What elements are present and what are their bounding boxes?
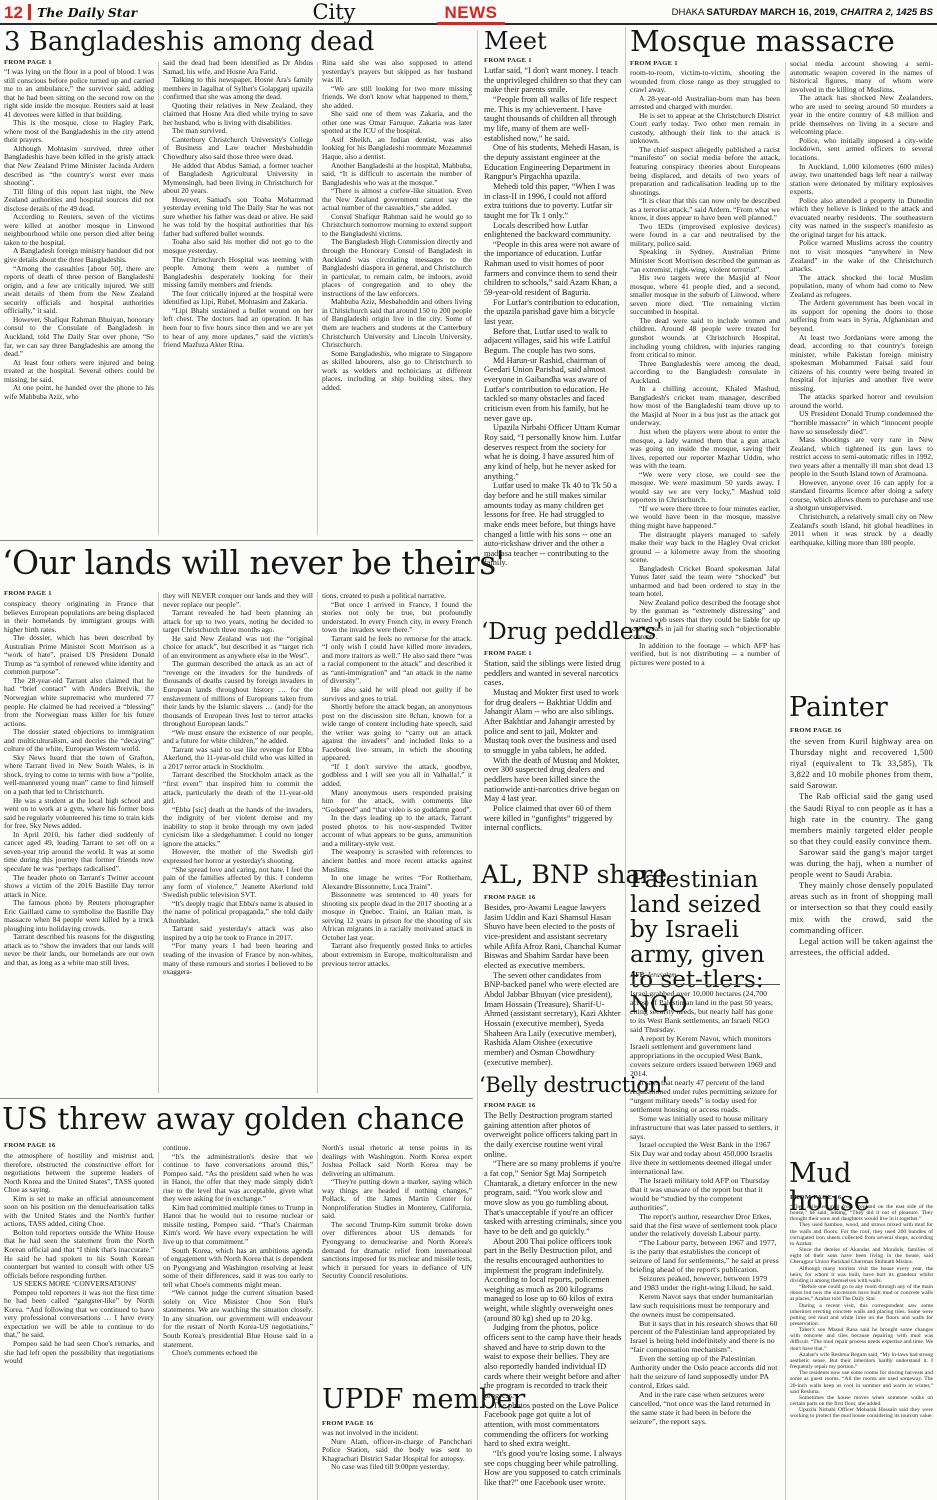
paragraph: Rina said she was also supposed to atten… [322, 59, 472, 85]
paragraph: The attack has shocked New Zealanders, w… [790, 94, 933, 137]
paragraph: The photos posted on the Love Police Fac… [484, 1401, 622, 1449]
paragraph: Tarrant described the Stockholm attack a… [163, 771, 313, 805]
paragraph: The four critically injured at the hospi… [163, 290, 313, 307]
paragraph: “If we were there three to four minutes … [630, 505, 780, 531]
paragraph: Israel grabbed over 10,000 hectares (24,… [630, 990, 780, 1035]
headline-meet: Meet [484, 29, 547, 54]
paragraph: Pompeo said he had seen Choe's remarks, … [4, 1340, 154, 1366]
paragraph: The Belly Destruction program started ga… [484, 1111, 622, 1159]
paragraph: conspiracy theory originating in France … [4, 600, 154, 634]
section-rule [0, 540, 473, 541]
paragraph: Toaha also said his mother did not go to… [163, 238, 313, 255]
paragraph: The second Trump-Kim summit broke down o… [322, 1221, 472, 1281]
article-column: room-to-room, victim-to-victim, shooting… [630, 69, 780, 853]
paragraph: At one point, he handed over the phone t… [4, 384, 154, 401]
paragraph: The famous photo by Reuters photographer… [4, 899, 154, 933]
paragraph: But it says that in his research shows t… [630, 1320, 780, 1356]
paragraph: The Israeli military told AFP on Thursda… [630, 1177, 780, 1213]
column-divider [477, 30, 478, 1500]
paragraph: The weaponry is scrawled with references… [322, 848, 472, 874]
paragraph: “She spread love and caring, not hate. I… [163, 866, 313, 900]
paragraph: Kerem Navot says that under humanitarian… [630, 1293, 780, 1320]
paragraph: A 28-year-old Australian-born man has be… [630, 95, 780, 112]
paragraph: “People in this area were not aware of t… [484, 240, 622, 298]
paragraph: Christchurch, a relatively small city on… [790, 513, 933, 547]
paragraph: However, the mother of the Swedish girl … [163, 848, 313, 865]
paragraph: “Ebba [sic] death at the hands of the in… [163, 806, 313, 849]
paragraph: Nure Alam, officer-in-charge of Panchcha… [322, 1438, 472, 1464]
paragraph: Mass shootings are very rare in New Zeal… [790, 436, 933, 479]
paragraph: Tarrant also frequently posted links to … [322, 942, 472, 968]
column-divider [317, 1152, 318, 1500]
paragraph: He said New Zealand was not the “origina… [163, 635, 313, 661]
paragraph: They mainly chose densely populated area… [790, 880, 933, 935]
paragraph: Another Bangladeshi at the hospital, Mah… [322, 162, 472, 188]
dateline-date: SATURDAY MARCH 16, 2019, [706, 7, 840, 18]
paragraph: South Korea, which has an ambitious agen… [163, 1247, 313, 1290]
kicker-painter: FROM PAGE 16 [790, 727, 841, 734]
paragraph: And in the rare case when seizures were … [630, 1391, 780, 1427]
paragraph: Sometimes the house moves when someone w… [790, 1395, 933, 1407]
paragraph: Asif Sheikh, an Indian dentist, was also… [322, 136, 472, 162]
paragraph: Although Mohtasim survived, three other … [4, 145, 154, 188]
paragraph: New Zealand police described the footage… [630, 599, 780, 642]
paragraph: “For many years I had been hearing and r… [163, 942, 313, 976]
column-divider [625, 27, 626, 1500]
kicker-mosque-massacre: FROM PAGE 1 [630, 60, 678, 67]
paragraph: Speaking in Sydney, Australian Prime Min… [630, 248, 780, 274]
paragraph: Israel occupied the West Bank in the 196… [630, 1141, 780, 1177]
article-column: North's usual rhetoric at tense points i… [322, 1144, 472, 1382]
kicker-meet: FROM PAGE 1 [484, 57, 532, 64]
paragraph: Legal action will be taken against the a… [790, 936, 933, 958]
paragraph: “There are so many problems if you're a … [484, 1159, 622, 1236]
paragraph: At least two Jordanians were among the d… [790, 334, 933, 394]
paragraph: Kim is set to make an official announcem… [4, 1195, 154, 1229]
paragraph: Till filing of this report last night, t… [4, 188, 154, 214]
paragraph: The Christchurch Hospital was teeming wi… [163, 256, 313, 290]
masthead-logo: The Daily Star [37, 5, 137, 20]
paragraph: Upazila Nirbahi Officer Uttam Kumar Roy … [484, 423, 622, 481]
paragraph: Tarrant said yesterday's attack was also… [163, 925, 313, 942]
paragraph: However, anyone over 16 can apply for a … [790, 479, 933, 513]
paragraph: The header photo on Tarrant's Twitter ac… [4, 874, 154, 900]
paragraph: Quoting their relatives in New Zealand, … [163, 102, 313, 128]
kicker-al-bnp: FROM PAGE 16 [484, 894, 535, 901]
paragraph: Since the demise of Akandas and Mondols,… [790, 1247, 933, 1265]
paragraph: Choe's comments echoed the [163, 1349, 313, 1358]
paragraph: Seizures peaked, however, between 1979 a… [630, 1275, 780, 1293]
kicker-bangladeshis: FROM PAGE 1 [4, 59, 52, 66]
paragraph: Taher's son Masud Rana said he brought s… [790, 1327, 933, 1352]
paragraph: said the dead had been identified as Dr … [163, 59, 313, 76]
paragraph: The dead were said to include women and … [630, 317, 780, 360]
paragraph: About 200 Thai police officers took part… [484, 1237, 622, 1324]
paragraph: Besides, pro-Awami League lawyers Jasim … [484, 903, 622, 971]
article-column: said the dead had been identified as Dr … [163, 59, 313, 535]
dateline-city: DHAKA [672, 7, 707, 18]
paragraph: “Before one could go to any room through… [790, 1284, 933, 1302]
paragraph: The Bangladesh High Commission directly … [322, 238, 472, 298]
paragraph: His two targets were the Masjid al Noor … [630, 274, 780, 317]
section-rule [0, 1098, 473, 1099]
paragraph: It says that nearly 47 percent of the la… [630, 1079, 780, 1115]
headline-bangladeshis: 3 Bangladeshis among dead [4, 29, 374, 56]
article-column: the seven from Kuril highway area on Thu… [790, 736, 933, 1160]
kicker-belly: FROM PAGE 16 [484, 1102, 535, 1109]
headline-us-chance: US threw away golden chance [2, 1104, 465, 1136]
paragraph: The residents now use some rooms for sto… [790, 1370, 933, 1395]
paragraph: “It's deeply tragic that Ebba's name is … [163, 900, 313, 926]
kicker-drug-peddlers: FROM PAGE 1 [484, 650, 532, 657]
section-label-news: NEWS [437, 3, 505, 23]
news-underline [437, 22, 505, 25]
article-column: “They collected mud from cropland on the… [790, 1204, 933, 1500]
paragraph: The Ardern government has been vocal in … [790, 299, 933, 333]
column-divider [158, 1152, 159, 1500]
paragraph: “We must ensure the existence of our peo… [163, 729, 313, 746]
paragraph: “People from all walks of life respect m… [484, 95, 622, 143]
paragraph: Police claimed that over 60 of them were… [484, 804, 622, 833]
paragraph: room-to-room, victim-to-victim, shooting… [630, 69, 780, 95]
paragraph: Lutfar used to make Tk 40 to Tk 50 a day… [484, 481, 622, 568]
newspaper-page: { "page": { "number": "12", "masthead": … [0, 0, 937, 1500]
paragraph: At least four others were injured and be… [4, 359, 154, 385]
paragraph: Bangladesh Cricket Board spokesman Jalal… [630, 565, 780, 599]
headline-painter: Painter [789, 694, 888, 722]
paragraph: The distraught players managed to safely… [630, 531, 780, 565]
paragraph: In one image he writes “For Rotherham, A… [322, 874, 472, 891]
paragraph: Tarrant revealed he had been planning an… [163, 609, 313, 635]
paragraph: Locals described how Lutfar enlightened … [484, 221, 622, 240]
paragraph: Judging from the photos, police officers… [484, 1323, 622, 1400]
column-divider [158, 592, 159, 1093]
article-column: Israel grabbed over 10,000 hectares (24,… [630, 990, 780, 1500]
byline-rule [630, 984, 780, 985]
paragraph: Some Bangladeshis, who migrate to Singap… [322, 350, 472, 393]
paragraph: “But once I arrived in France, I found t… [322, 601, 472, 635]
paragraph: Station, said the siblings were listed d… [484, 659, 622, 688]
article-column: The Belly Destruction program started ga… [484, 1111, 622, 1500]
paragraph: they will NEVER conquer our lands and th… [163, 592, 313, 609]
paragraph: social media account showing a semi-auto… [790, 60, 933, 94]
paragraph: Three Bangladeshis were among the dead, … [630, 360, 780, 386]
paragraph: Upazila Nirbahi Officer Mobarak Hossain … [790, 1407, 933, 1419]
article-column: the atmosphere of hostility and mistrust… [4, 1152, 154, 1500]
paragraph: Kim had committed multiple times to Trum… [163, 1204, 313, 1247]
paragraph: They used bamboo, wood, and straws mixed… [790, 1222, 933, 1247]
paragraph: the atmosphere of hostility and mistrust… [4, 1152, 154, 1195]
paragraph: Even the setting up of the Palestinian A… [630, 1355, 780, 1391]
column-divider [317, 62, 318, 535]
paragraph: However, Shafiqur Rahman Bhuiyan, honora… [4, 316, 154, 359]
article-column: they will NEVER conquer our lands and th… [163, 592, 313, 1093]
paragraph: “It's the administration's desire that w… [163, 1153, 313, 1204]
article-column: was not involved in the incident.Nure Al… [322, 1429, 472, 1500]
paragraph: “They're putting down a marker, saying w… [322, 1178, 472, 1221]
paragraph: “There is almost a curfew-like situation… [322, 187, 472, 213]
paragraph: “They collected mud from cropland on the… [790, 1204, 933, 1222]
paragraph: Lutfar said, “I don't want money. I teac… [484, 66, 622, 95]
paragraph: Police also attended a property in Duned… [790, 197, 933, 240]
column-divider [785, 62, 786, 1500]
paragraph: Shortly before the attack began, an anon… [322, 703, 472, 763]
headline-our-lands: ‘Our lands will never be theirs' [2, 546, 504, 581]
paragraph: “Among the casualties [about 50], there … [4, 265, 154, 316]
section-label-city: City [295, 0, 373, 24]
paragraph: During a recent visit, this corresponden… [790, 1303, 933, 1328]
paragraph: In a chilling account, Khaled Mashud, Ba… [630, 385, 780, 428]
article-column: “I was lying on the floor in a pool of b… [4, 68, 154, 535]
paragraph: No case was filed till 9:00pm yesterday. [322, 1463, 472, 1472]
paragraph: Tarrant said he feels no remorse for the… [322, 635, 472, 686]
paragraph: The Rab official said the gang used the … [790, 791, 933, 846]
paragraph: The dossier, which has been described by… [4, 634, 154, 677]
paragraph: One of his students, Mehedi Hasan, is th… [484, 143, 622, 182]
paragraph: According to Reuters, seven of the victi… [4, 213, 154, 247]
article-column: conspiracy theory originating in France … [4, 600, 154, 1093]
paragraph: Many anonymous users responded praising … [322, 789, 472, 815]
paragraph: “We are still looking for two more missi… [322, 85, 472, 111]
paragraph: Talking to this newspaper, Hosne Ara's f… [163, 76, 313, 102]
paragraph: Mustaq and Mokter first used to work for… [484, 688, 622, 756]
paragraph: In addition to the footage -- which AFP … [630, 642, 780, 668]
paragraph: The chief suspect allegedly published a … [630, 146, 780, 197]
paragraph: “It's good you're losing some. I always … [484, 1449, 622, 1488]
paragraph: Azahar's wife Reshma Begum said, “My in-… [790, 1352, 933, 1370]
dateline-calendar: CHAITRA 2, 1425 BS [840, 7, 933, 18]
paragraph: Two IEDs (improvised explosive devices) … [630, 223, 780, 249]
paragraph: The seven other candidates from BNP-back… [484, 971, 622, 1068]
paragraph: The 28-year-old Tarrant also claimed tha… [4, 677, 154, 728]
paragraph: The attack shocked the local Muslim popu… [790, 274, 933, 300]
paragraph: Some was initially used to house militar… [630, 1115, 780, 1142]
paragraph: “We were very close, we could see the mo… [630, 471, 780, 505]
paragraph: “The Labour party, between 1967 and 1977… [630, 1239, 780, 1275]
paragraph: Tarrant described his reasons for the di… [4, 933, 154, 967]
column-divider [317, 592, 318, 1093]
byline-place: Jerusalem [645, 971, 676, 979]
paragraph: In April 2010, his father died suddenly … [4, 831, 154, 874]
paragraph: Before that, Lutfar used to walk to adja… [484, 327, 622, 356]
article-column: social media account showing a semi-auto… [790, 60, 933, 692]
paragraph: Consul Shafiqur Rahman said he would go … [322, 213, 472, 239]
dateline: DHAKA SATURDAY MARCH 16, 2019, CHAITRA 2… [672, 7, 933, 18]
headline-mosque-massacre: Mosque massacre [630, 26, 895, 56]
page-number: 12 [4, 3, 23, 23]
paragraph: “If I don't survive the attack, goodbye,… [322, 763, 472, 789]
paragraph: A report by Kerem Navot, which monitors … [630, 1035, 780, 1080]
paragraph: Pompeo told reporters it was not the fir… [4, 1289, 154, 1340]
paragraph: For Lutfar's contribution to education, … [484, 298, 622, 327]
kicker-mud-house: FROM PAGE 16 [790, 1194, 841, 1201]
paragraph: This is the mosque, close to Hagley Park… [4, 119, 154, 145]
paragraph: In the days leading up to the attack, Ta… [322, 814, 472, 848]
article-column: Lutfar said, “I don't want money. I teac… [484, 66, 622, 618]
paragraph: Mehedi told this paper, “When I was in c… [484, 182, 622, 221]
masthead-divider-bar [28, 4, 31, 20]
paragraph: The gunman described the attack as an ac… [163, 660, 313, 728]
paragraph: A Bangladesh foreign ministry handout di… [4, 247, 154, 264]
paragraph: “Lipi Bhabi sustained a bullet wound on … [163, 307, 313, 350]
paragraph: Sarowar said the gang's major target was… [790, 847, 933, 880]
paragraph: She said one of them was Zakaria, and th… [322, 110, 472, 136]
article-column: Station, said the siblings were listed d… [484, 659, 622, 858]
paragraph: Mahbuba Aziz, Mesbahuddin and others liv… [322, 298, 472, 349]
byline-palestinian: AFP, Jerusalem [630, 971, 676, 979]
paragraph: He was a student at the local high schoo… [4, 797, 154, 831]
paragraph: Just when the players were about to ente… [630, 428, 780, 471]
paragraph: Md Harun-ur Rashid, chairman of Geedari … [484, 356, 622, 424]
article-column: Rina said she was also supposed to atten… [322, 59, 472, 535]
paragraph: He also said he will plead not guilty if… [322, 686, 472, 703]
paragraph: Police warned Muslims across the country… [790, 239, 933, 273]
paragraph: Canterbury Christchurch University's Col… [163, 136, 313, 162]
paragraph: Police, who initially imposed a city-wid… [790, 137, 933, 163]
column-divider [158, 62, 159, 535]
paragraph: Bolton told reporters outside the White … [4, 1229, 154, 1280]
paragraph: Tarrant was said to use like revenge for… [163, 746, 313, 772]
paragraph: Although many tourists visit the house e… [790, 1266, 933, 1284]
kicker-us-chance: FROM PAGE 16 [4, 1142, 55, 1149]
paragraph: “It is clear that this can now only be d… [630, 197, 780, 223]
paragraph: The dossier stated objections to immigra… [4, 728, 154, 754]
kicker-updf: FROM PAGE 16 [322, 1420, 373, 1427]
kicker-our-lands: FROM PAGE 1 [4, 590, 52, 597]
byline-agency: AFP, [630, 971, 645, 979]
article-column: tions, created to push a political narra… [322, 592, 472, 1093]
paragraph: “We cannot judge the current situation b… [163, 1289, 313, 1349]
paragraph: However, Samad's son Toaha Mohammad yest… [163, 196, 313, 239]
paragraph: Bissonnette was sentenced to 40 years fo… [322, 891, 472, 942]
article-column: Besides, pro-Awami League lawyers Jasim … [484, 903, 622, 1071]
paragraph: North's usual rhetoric at tense points i… [322, 1144, 472, 1178]
paragraph: With the death of Mustaq and Mokter, ove… [484, 756, 622, 804]
article-column: continue.“It's the administration's desi… [163, 1144, 313, 1500]
paragraph: He added that Abdus Samad, a former teac… [163, 162, 313, 196]
paragraph: The report's author, researcher Dror Etk… [630, 1213, 780, 1240]
paragraph: the seven from Kuril highway area on Thu… [790, 736, 933, 791]
paragraph: The attacks sparked horror and revulsion… [790, 393, 933, 410]
paragraph: He is set to appear at the Christchurch … [630, 112, 780, 146]
paragraph: Sky News heard that the town of Grafton,… [4, 754, 154, 797]
paragraph: US President Donald Trump condemned the … [790, 410, 933, 436]
paragraph: “I was lying on the floor in a pool of b… [4, 68, 154, 119]
paragraph: In Auckland, 1,000 kilometres (600 miles… [790, 163, 933, 197]
